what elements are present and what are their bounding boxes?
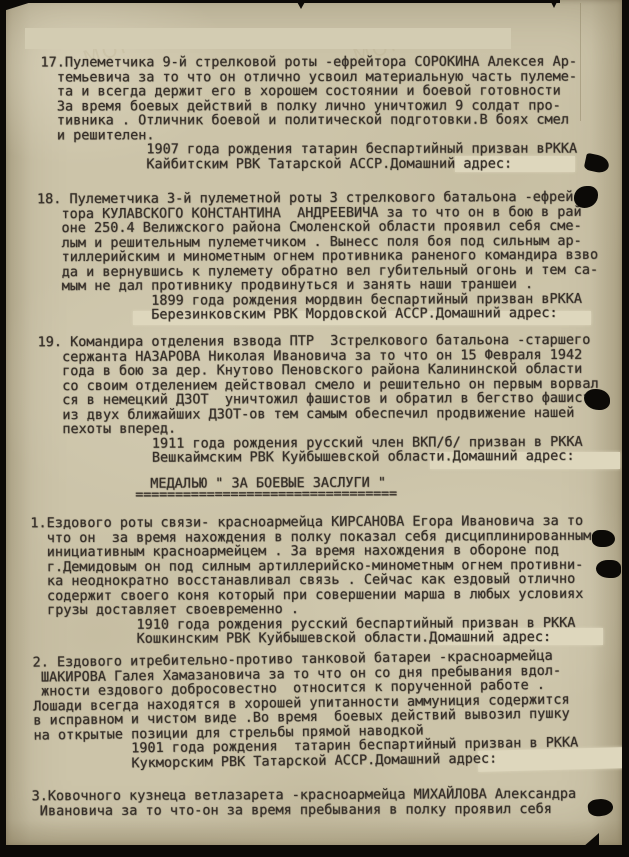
citation-entry-3: 3.Ковочного кузнеца ветлазарета -красноа… bbox=[32, 787, 577, 818]
torn-corner-bottom-right bbox=[583, 833, 599, 847]
citation-entry-19: 19. Командира отделения взвода ПТР 3стре… bbox=[38, 333, 608, 466]
typewritten-text-layer: 17.Пулеметчика 9-й стрелковой роты -ефре… bbox=[0, 0, 629, 857]
torn-corner-top-left bbox=[0, 0, 38, 12]
citation-entry-18: 18. Пулеметчика 3-й пулеметной роты 3 ст… bbox=[37, 190, 598, 323]
ink-blot bbox=[584, 389, 610, 410]
paper-notch bbox=[296, 0, 306, 9]
citation-entry-1: 1.Ездового роты связи- красноармейца КИР… bbox=[30, 514, 591, 647]
paper-notch bbox=[550, 0, 558, 8]
scan-edge-bottom bbox=[0, 845, 629, 857]
scan-edge-top bbox=[0, 0, 560, 3]
ink-blot bbox=[592, 530, 615, 547]
scan-edge-right bbox=[622, 0, 629, 857]
scanned-document-page: МОРФ МОРФ МОРФ 17.Пулеметчика 9-й стрелк… bbox=[0, 0, 629, 857]
scan-edge-left bbox=[0, 0, 6, 857]
citation-entry-17: 17.Пулеметчика 9-й стрелковой роты -ефре… bbox=[41, 55, 578, 172]
citation-entry-2: 2. Ездового итребительно-противо танково… bbox=[32, 648, 578, 771]
ink-blot bbox=[596, 560, 621, 578]
medal-section-heading-underline: ================================= bbox=[135, 487, 397, 503]
